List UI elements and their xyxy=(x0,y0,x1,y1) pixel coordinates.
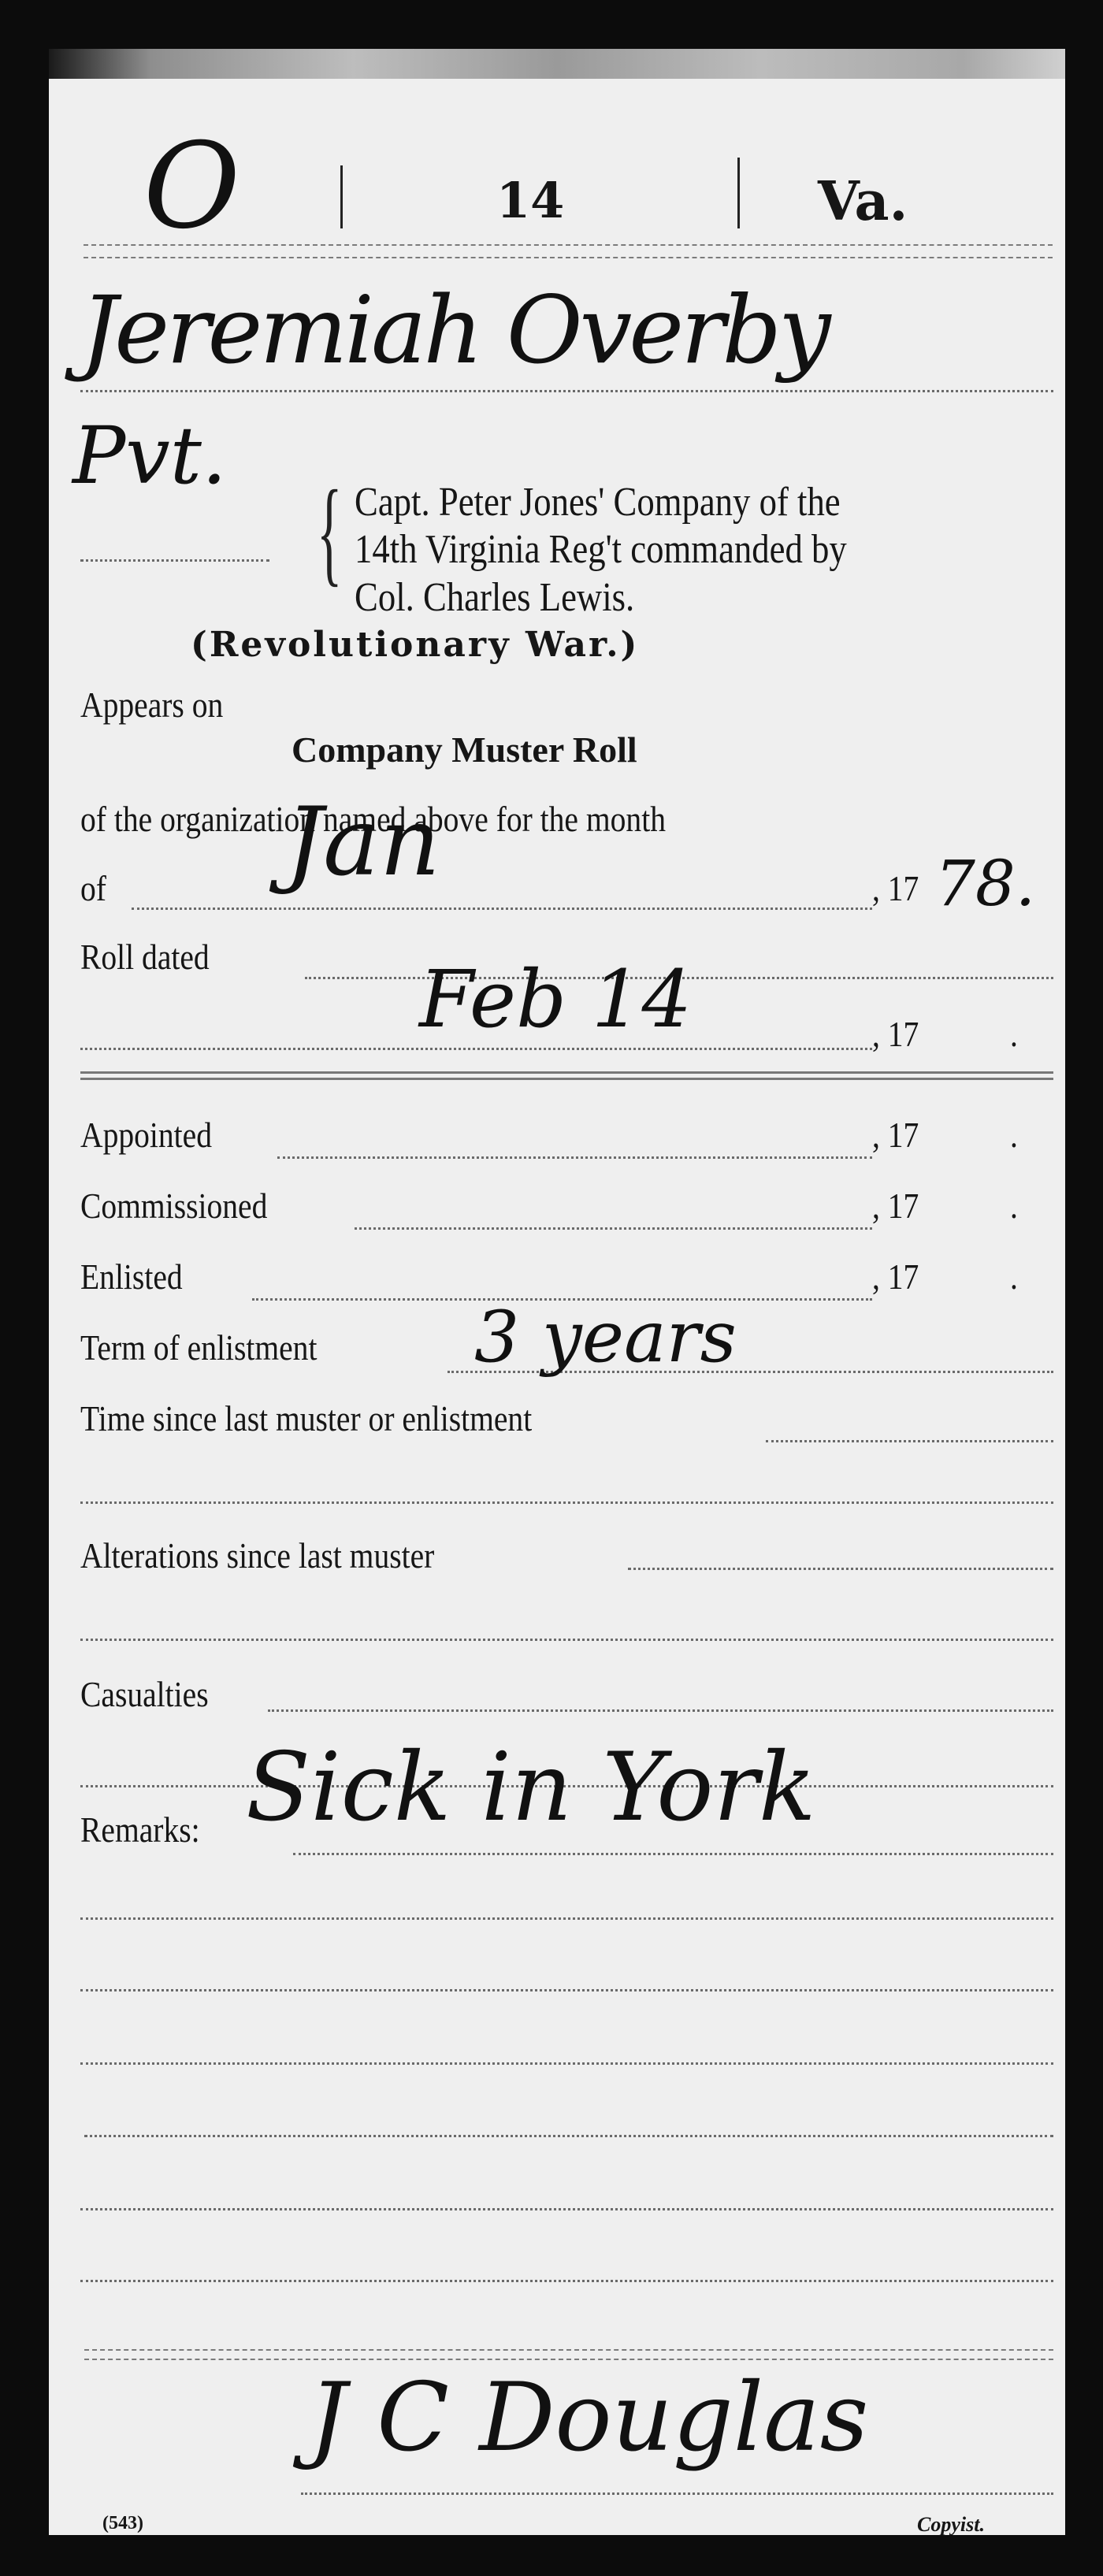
organization-brace: { xyxy=(317,473,342,591)
copyist-label: Copyist. xyxy=(917,2513,985,2537)
footer-rule xyxy=(84,2359,1053,2360)
organization-line-3: Col. Charles Lewis. xyxy=(355,577,634,618)
organization-line-2: 14th Virginia Reg't commanded by xyxy=(355,529,847,570)
enlisted-label: Enlisted xyxy=(80,1259,183,1295)
appointed-year-end: . xyxy=(1010,1117,1018,1153)
casualties-label: Casualties xyxy=(80,1676,209,1713)
commissioned-year-prefix: , 17 xyxy=(872,1188,919,1224)
form-number: (543) xyxy=(102,2513,143,2534)
time-since-last-muster-line xyxy=(766,1440,1053,1442)
rank-line xyxy=(80,559,269,562)
record-type: Company Muster Roll xyxy=(292,729,637,770)
soldier-name: Jeremiah Overby xyxy=(80,276,828,384)
month-value: Jan xyxy=(285,788,440,897)
remarks-line xyxy=(293,1853,1053,1855)
name-line xyxy=(80,390,1053,392)
header-divider xyxy=(340,165,343,228)
remarks-line-4 xyxy=(80,2062,1053,2065)
scan-top-strip xyxy=(49,49,1065,80)
footer-rule xyxy=(84,2349,1053,2351)
remarks-line-7 xyxy=(80,2280,1053,2282)
header-rule xyxy=(84,244,1053,246)
roll-dated-year-end: . xyxy=(1010,1016,1018,1052)
alterations-label: Alterations since last muster xyxy=(80,1538,434,1574)
remarks-label: Remarks: xyxy=(80,1812,200,1848)
of-label: of xyxy=(80,870,106,907)
roll-dated-value: Feb 14 xyxy=(419,953,692,1045)
commissioned-line xyxy=(355,1227,872,1230)
term-of-enlistment-label: Term of enlistment xyxy=(80,1330,317,1366)
remarks-value: Sick in York xyxy=(246,1733,816,1843)
muster-roll-card: O 14 Va. Jeremiah Overby Pvt. { Capt. Pe… xyxy=(49,79,1065,2535)
signature-line xyxy=(301,2492,1053,2495)
remarks-line-2 xyxy=(80,1917,1053,1920)
remarks-line-3 xyxy=(80,1989,1053,1991)
roll-dated-label: Roll dated xyxy=(80,939,210,975)
copyist-signature: J C Douglas xyxy=(309,2363,868,2473)
organization-line-1: Capt. Peter Jones' Company of the xyxy=(355,482,841,523)
month-year-prefix: , 17 xyxy=(872,870,919,907)
month-year-suffix: 78. xyxy=(935,847,1035,920)
term-of-enlistment-value: 3 years xyxy=(474,1296,737,1379)
header-initial: O xyxy=(143,118,240,255)
roll-dated-year-prefix: , 17 xyxy=(872,1016,919,1052)
regiment-number: 14 xyxy=(496,172,564,229)
alterations-line-2 xyxy=(80,1639,1053,1641)
appears-on-label: Appears on xyxy=(80,687,223,723)
section-rule xyxy=(80,1078,1053,1080)
war-title: (Revolutionary War.) xyxy=(191,625,639,665)
header-divider xyxy=(737,158,740,228)
appointed-label: Appointed xyxy=(80,1117,212,1153)
appointed-year-prefix: , 17 xyxy=(872,1117,919,1153)
appointed-line xyxy=(277,1156,872,1159)
section-rule xyxy=(80,1071,1053,1074)
month-line xyxy=(132,908,872,910)
commissioned-label: Commissioned xyxy=(80,1188,267,1224)
enlisted-year-end: . xyxy=(1010,1259,1018,1295)
time-since-last-muster-label: Time since last muster or enlistment xyxy=(80,1401,532,1437)
roll-dated-line-2 xyxy=(80,1048,872,1050)
commissioned-year-end: . xyxy=(1010,1188,1018,1224)
alterations-line xyxy=(628,1568,1053,1570)
state-abbreviation: Va. xyxy=(818,170,908,233)
time-since-last-muster-line-2 xyxy=(80,1501,1053,1504)
enlisted-year-prefix: , 17 xyxy=(872,1259,919,1295)
remarks-line-5 xyxy=(84,2135,1053,2137)
header-rule xyxy=(84,257,1053,258)
soldier-rank: Pvt. xyxy=(72,410,227,502)
casualties-line xyxy=(268,1709,1053,1712)
remarks-line-6 xyxy=(80,2208,1053,2210)
